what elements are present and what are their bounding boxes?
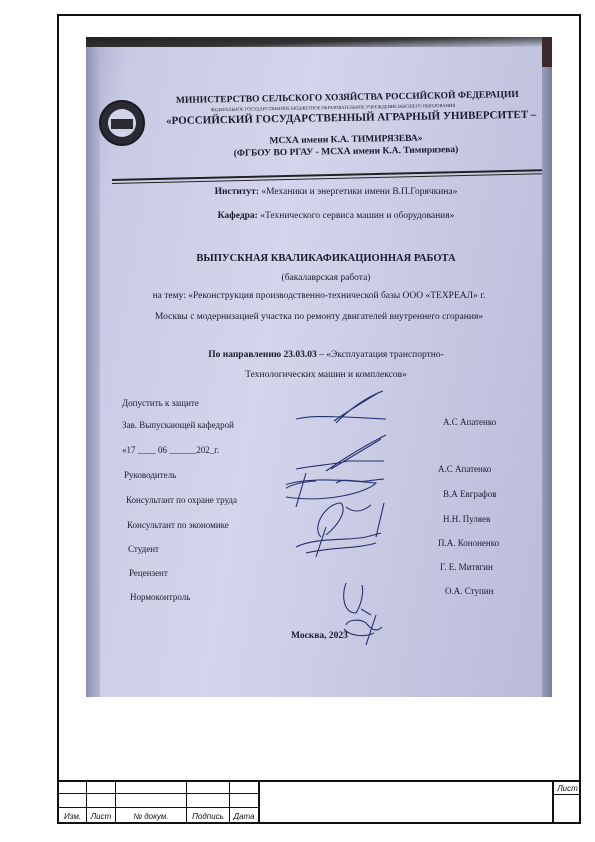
role-label: Консультант по охране труда — [126, 495, 237, 505]
topic-line-2: Москвы с модернизацией участка по ремонт… — [86, 312, 552, 322]
right-edge — [542, 37, 552, 697]
stamp-date: Дата — [230, 812, 258, 821]
head-name: А.С Апатенко — [443, 417, 496, 427]
admit-label: Допустить к защите — [122, 398, 199, 408]
city-year: Москва, 2023 — [291, 631, 348, 641]
role-name: О.А. Ступин — [445, 586, 493, 596]
role-name: В.А Евграфов — [443, 489, 497, 499]
top-shadow — [86, 37, 552, 47]
date-line: «17 ____ 06 ______202_г. — [122, 445, 219, 455]
role-label: Руководитель — [124, 470, 176, 480]
stamp-izm: Изм. — [59, 812, 86, 821]
stamp-sheet: Лист — [554, 784, 581, 793]
direction-line: По направлению 23.03.03 – «Эксплуатация … — [106, 350, 546, 360]
department-line: Кафедра: «Технического сервиса машин и о… — [146, 211, 526, 221]
stamp-doc-no: № докум. — [116, 812, 186, 821]
role-name: П.А. Кононенко — [438, 538, 499, 548]
role-label: Рецензент — [129, 568, 168, 578]
role-label: Консультант по экономике — [127, 520, 229, 530]
role-name: А.С Апатенко — [438, 464, 491, 474]
direction-line-2: Технологических машин и комплексов» — [116, 370, 536, 380]
signatures-icon — [286, 387, 406, 647]
work-title: ВЫПУСКНАЯ КВАЛИКАФИКАЦИОННАЯ РАБОТА — [126, 253, 526, 264]
work-type: (бакалаврская работа) — [126, 273, 526, 283]
role-label: Нормоконтроль — [130, 592, 190, 602]
title-block: Изм. Лист № докум. Подпись Дата Лист — [57, 780, 581, 824]
page-spine — [86, 37, 100, 697]
role-label: Студент — [128, 544, 159, 554]
title-page-photo: 1865 МИНИСТЕРСТВО СЕЛЬСКОГО ХОЗЯЙСТВА РО… — [86, 37, 552, 697]
role-name: Н.Н. Пуляев — [443, 514, 490, 524]
role-name: Г. Е. Митягин — [440, 562, 493, 572]
stamp-list: Лист — [87, 812, 115, 821]
university-emblem-icon: 1865 — [99, 100, 145, 146]
stamp-signature: Подпись — [187, 812, 229, 821]
topic-line-1: на тему: «Реконструкция производственно-… — [86, 291, 552, 301]
institute-line: Институт: «Механики и энергетики имени В… — [146, 187, 526, 197]
head-label: Зав. Выпускающей кафедрой — [122, 420, 234, 430]
